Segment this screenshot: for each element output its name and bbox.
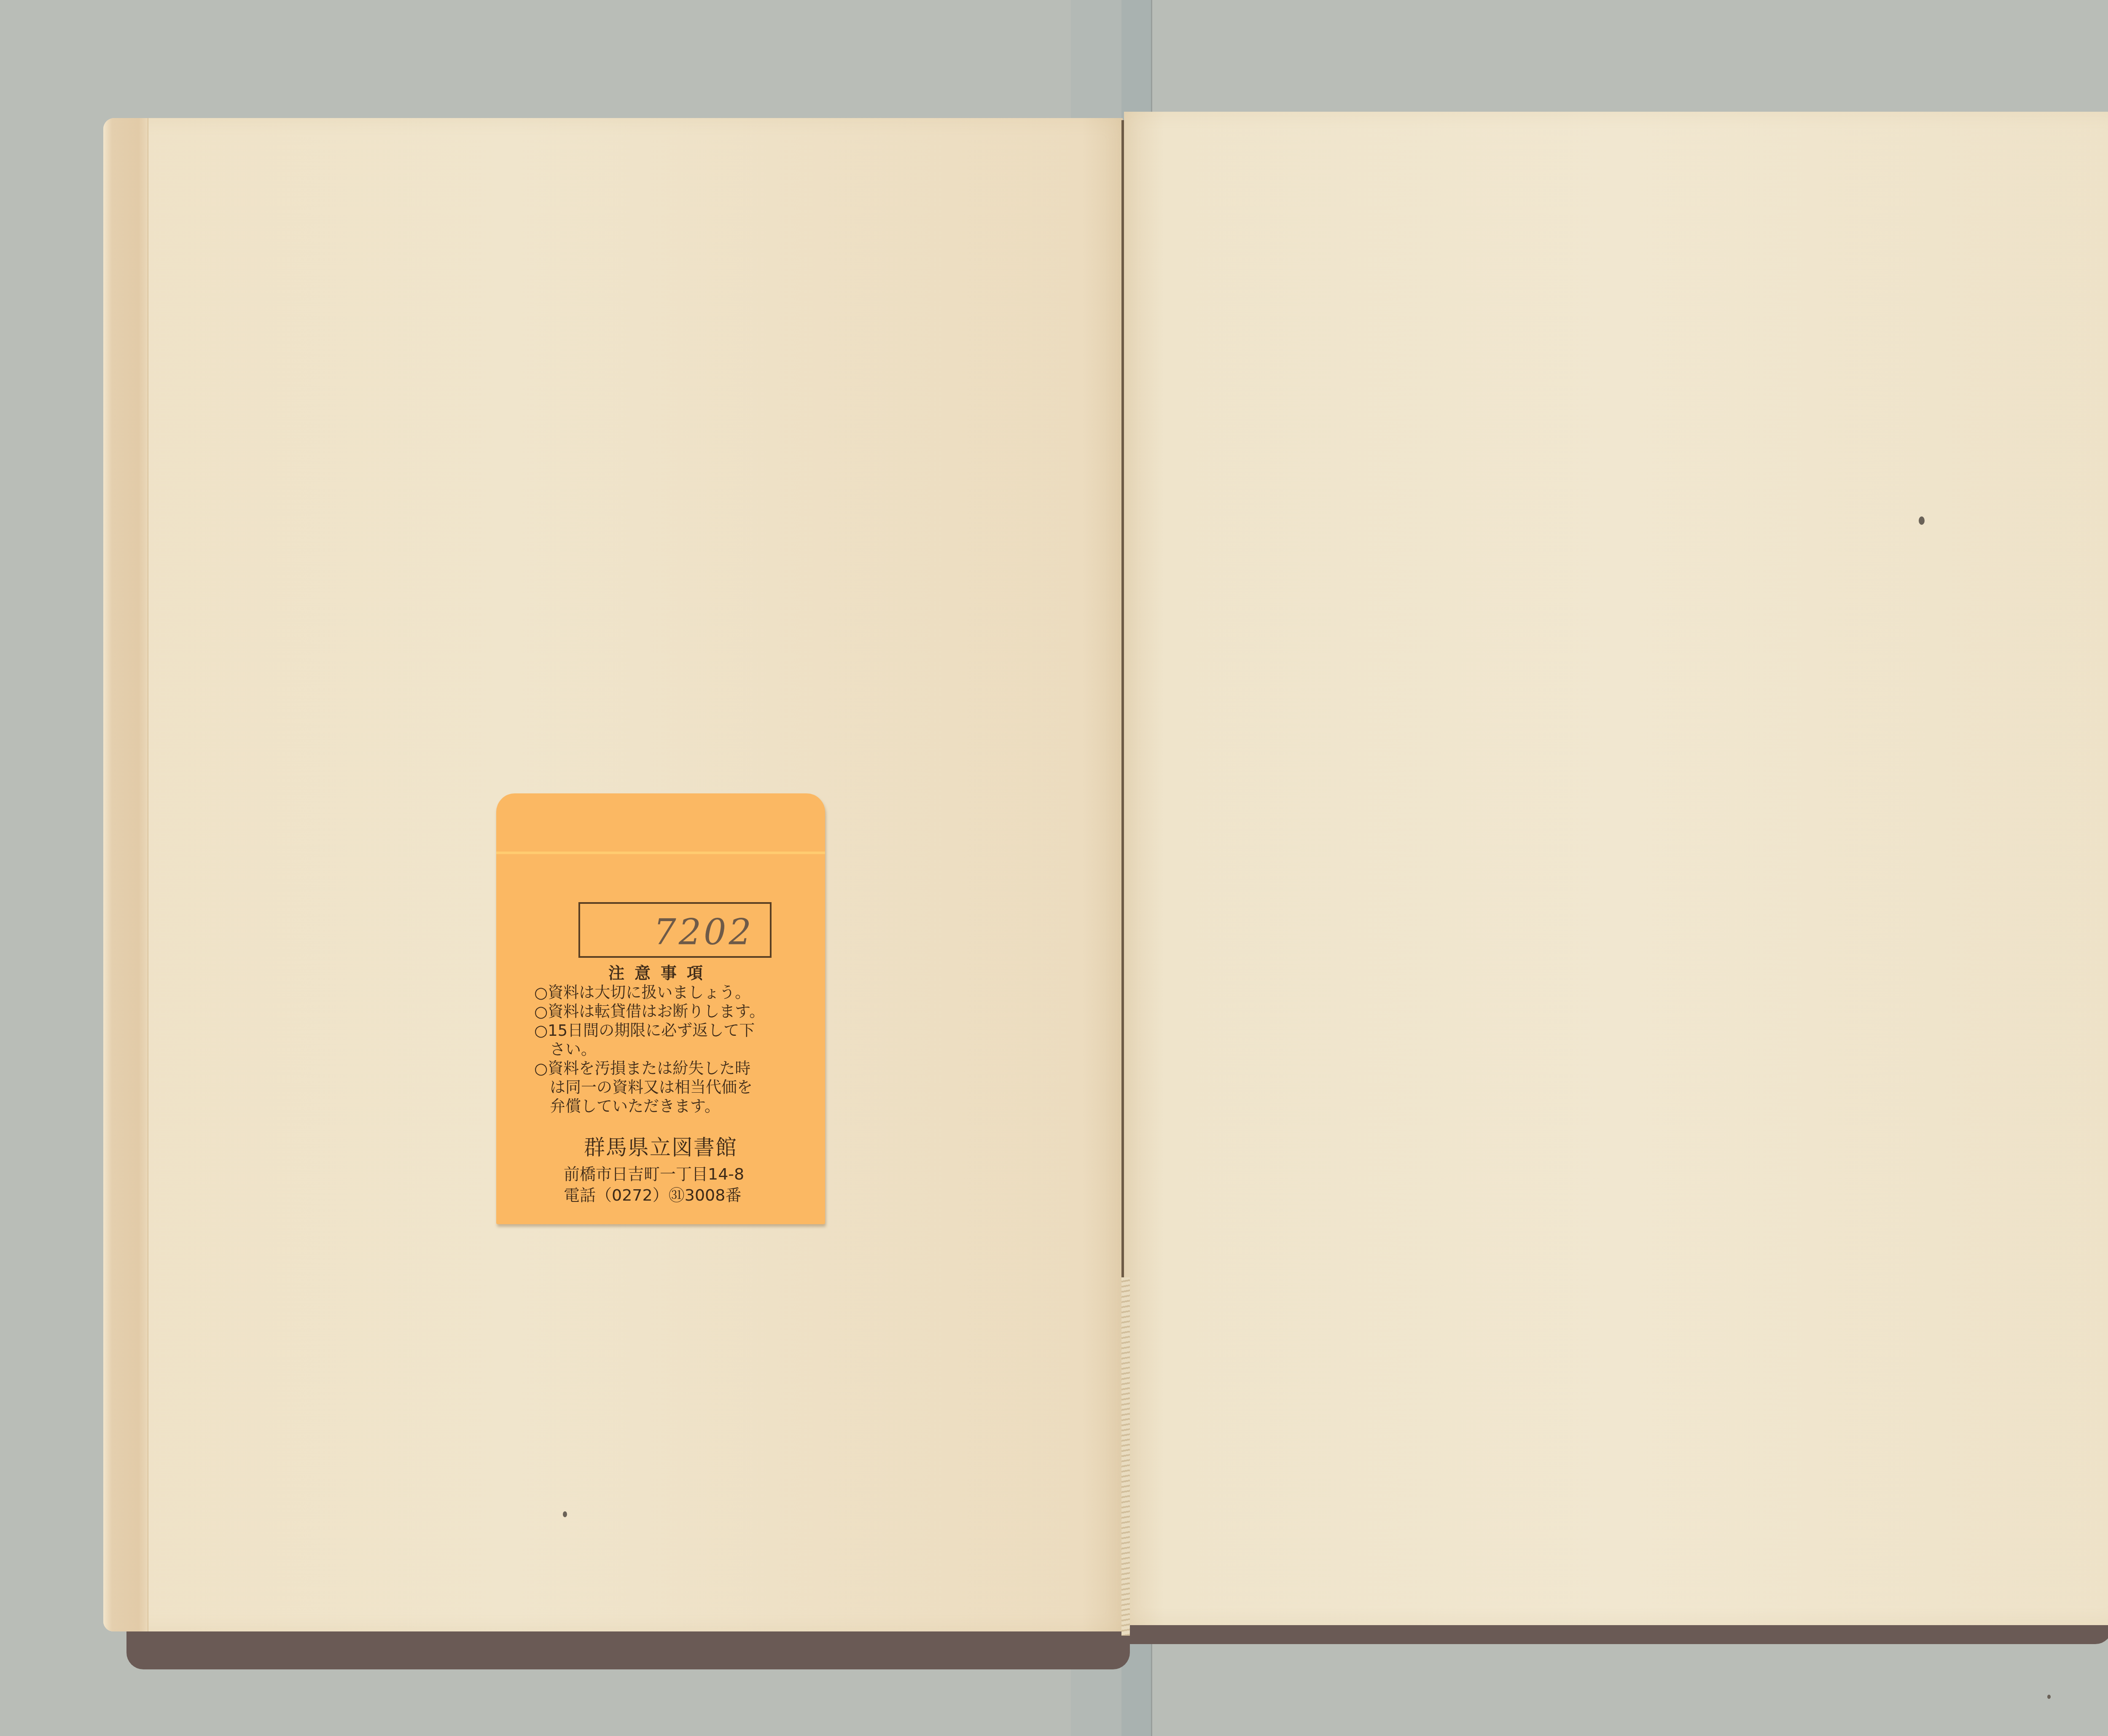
rule-item: 弁償していただきます。: [534, 1097, 821, 1116]
page-block-edge: [103, 118, 148, 1631]
library-pocket-card: 7202 注意事項 ○資料は大切に扱いましょう。 ○資料は転貸借はお断りします。…: [496, 793, 825, 1224]
rule-item: ○15日間の期限に必ず返して下: [534, 1021, 821, 1040]
rule-item: ○資料は大切に扱いましょう。: [534, 983, 821, 1002]
paper-speck: [2047, 1695, 2051, 1699]
call-number: 7202: [653, 911, 754, 953]
paper-speck: [563, 1511, 567, 1517]
pocket-flap-fold: [496, 852, 825, 854]
call-number-box: 7202: [578, 902, 772, 958]
rule-item: ○資料は転貸借はお断りします。: [534, 1002, 821, 1021]
notice-title: 注意事項: [496, 960, 825, 983]
rules-list: ○資料は大切に扱いましょう。 ○資料は転貸借はお断りします。 ○15日間の期限に…: [534, 983, 821, 1116]
library-address: 前橋市日吉町一丁目14-8: [564, 1161, 825, 1184]
binding-thread: [1121, 1277, 1130, 1636]
rule-item: さい。: [534, 1040, 821, 1059]
paper-speck: [1919, 516, 1925, 525]
library-phone: 電話（0272）㉛3008番: [564, 1182, 825, 1205]
rule-item: ○資料を汚損または紛失した時: [534, 1059, 821, 1078]
rule-item: は同一の資料又は相当代価を: [534, 1078, 821, 1097]
right-page: [1124, 112, 2108, 1625]
library-name: 群馬県立図書館: [496, 1131, 825, 1161]
